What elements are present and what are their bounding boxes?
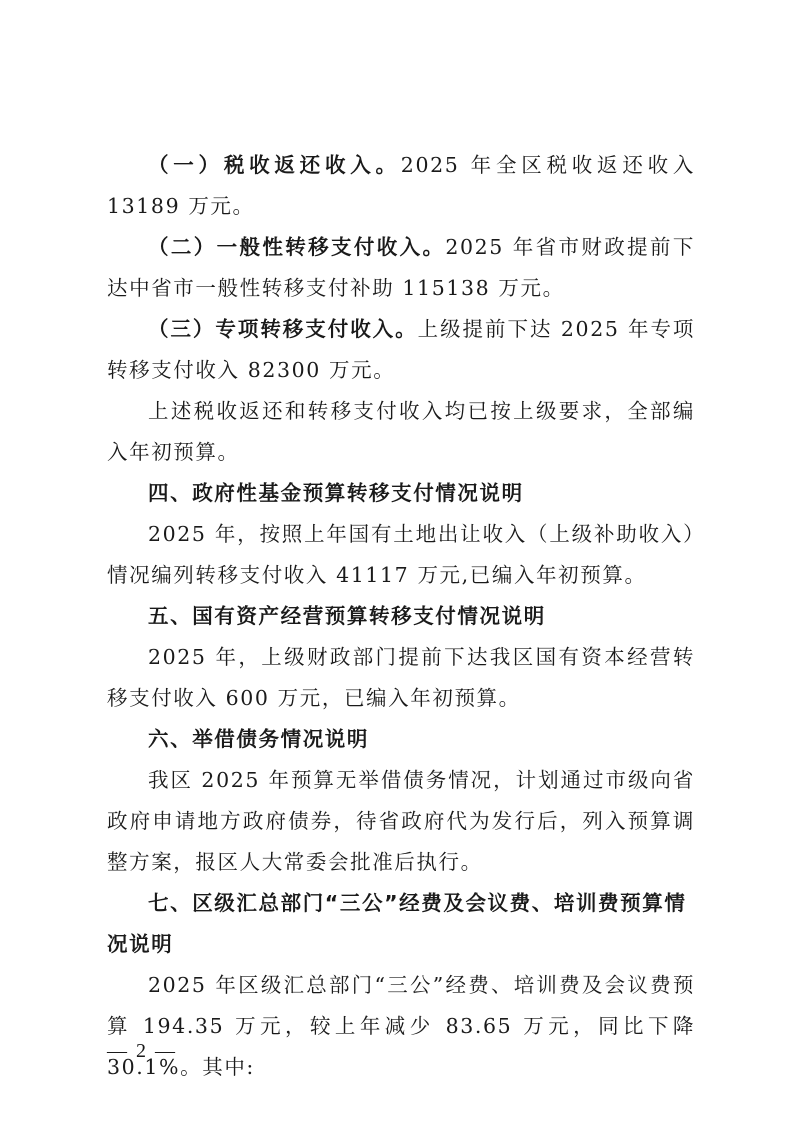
section-body: 2025 年区级汇总部门“三公”经费、培训费及会议费预算 194.35 万元，较… bbox=[107, 965, 695, 1088]
paragraph-tax-return: （一）税收返还收入。2025 年全区税收返还收入 13189 万元。 bbox=[107, 145, 695, 227]
paragraph-lead: （二）一般性转移支付收入。 bbox=[148, 235, 445, 259]
paragraph-summary: 上述税收返还和转移支付收入均已按上级要求，全部编入年初预算。 bbox=[107, 391, 695, 473]
section-heading: 六、举借债务情况说明 bbox=[107, 719, 695, 760]
page-number: — 2 — bbox=[107, 1040, 177, 1063]
section-body: 我区 2025 年预算无举借债务情况，计划通过市级向省政府申请地方政府债券，待省… bbox=[107, 760, 695, 883]
section-body: 2025 年，上级财政部门提前下达我区国有资本经营转移支付收入 600 万元，已… bbox=[107, 637, 695, 719]
paragraph-general-transfer: （二）一般性转移支付收入。2025 年省市财政提前下达中省市一般性转移支付补助 … bbox=[107, 227, 695, 309]
paragraph-lead: （一）税收返还收入。 bbox=[148, 153, 401, 177]
section-body: 2025 年，按照上年国有土地出让收入（上级补助收入）情况编列转移支付收入 41… bbox=[107, 514, 695, 596]
section-heading: 四、政府性基金预算转移支付情况说明 bbox=[107, 473, 695, 514]
paragraph-special-transfer: （三）专项转移支付收入。上级提前下达 2025 年专项转移支付收入 82300 … bbox=[107, 309, 695, 391]
section-heading: 七、区级汇总部门“三公”经费及会议费、培训费预算情况说明 bbox=[107, 883, 695, 965]
section-heading: 五、国有资产经营预算转移支付情况说明 bbox=[107, 596, 695, 637]
document-page: （一）税收返还收入。2025 年全区税收返还收入 13189 万元。 （二）一般… bbox=[107, 145, 695, 1088]
paragraph-text: 上述税收返还和转移支付收入均已按上级要求，全部编入年初预算。 bbox=[107, 399, 695, 464]
paragraph-lead: （三）专项转移支付收入。 bbox=[148, 317, 418, 341]
